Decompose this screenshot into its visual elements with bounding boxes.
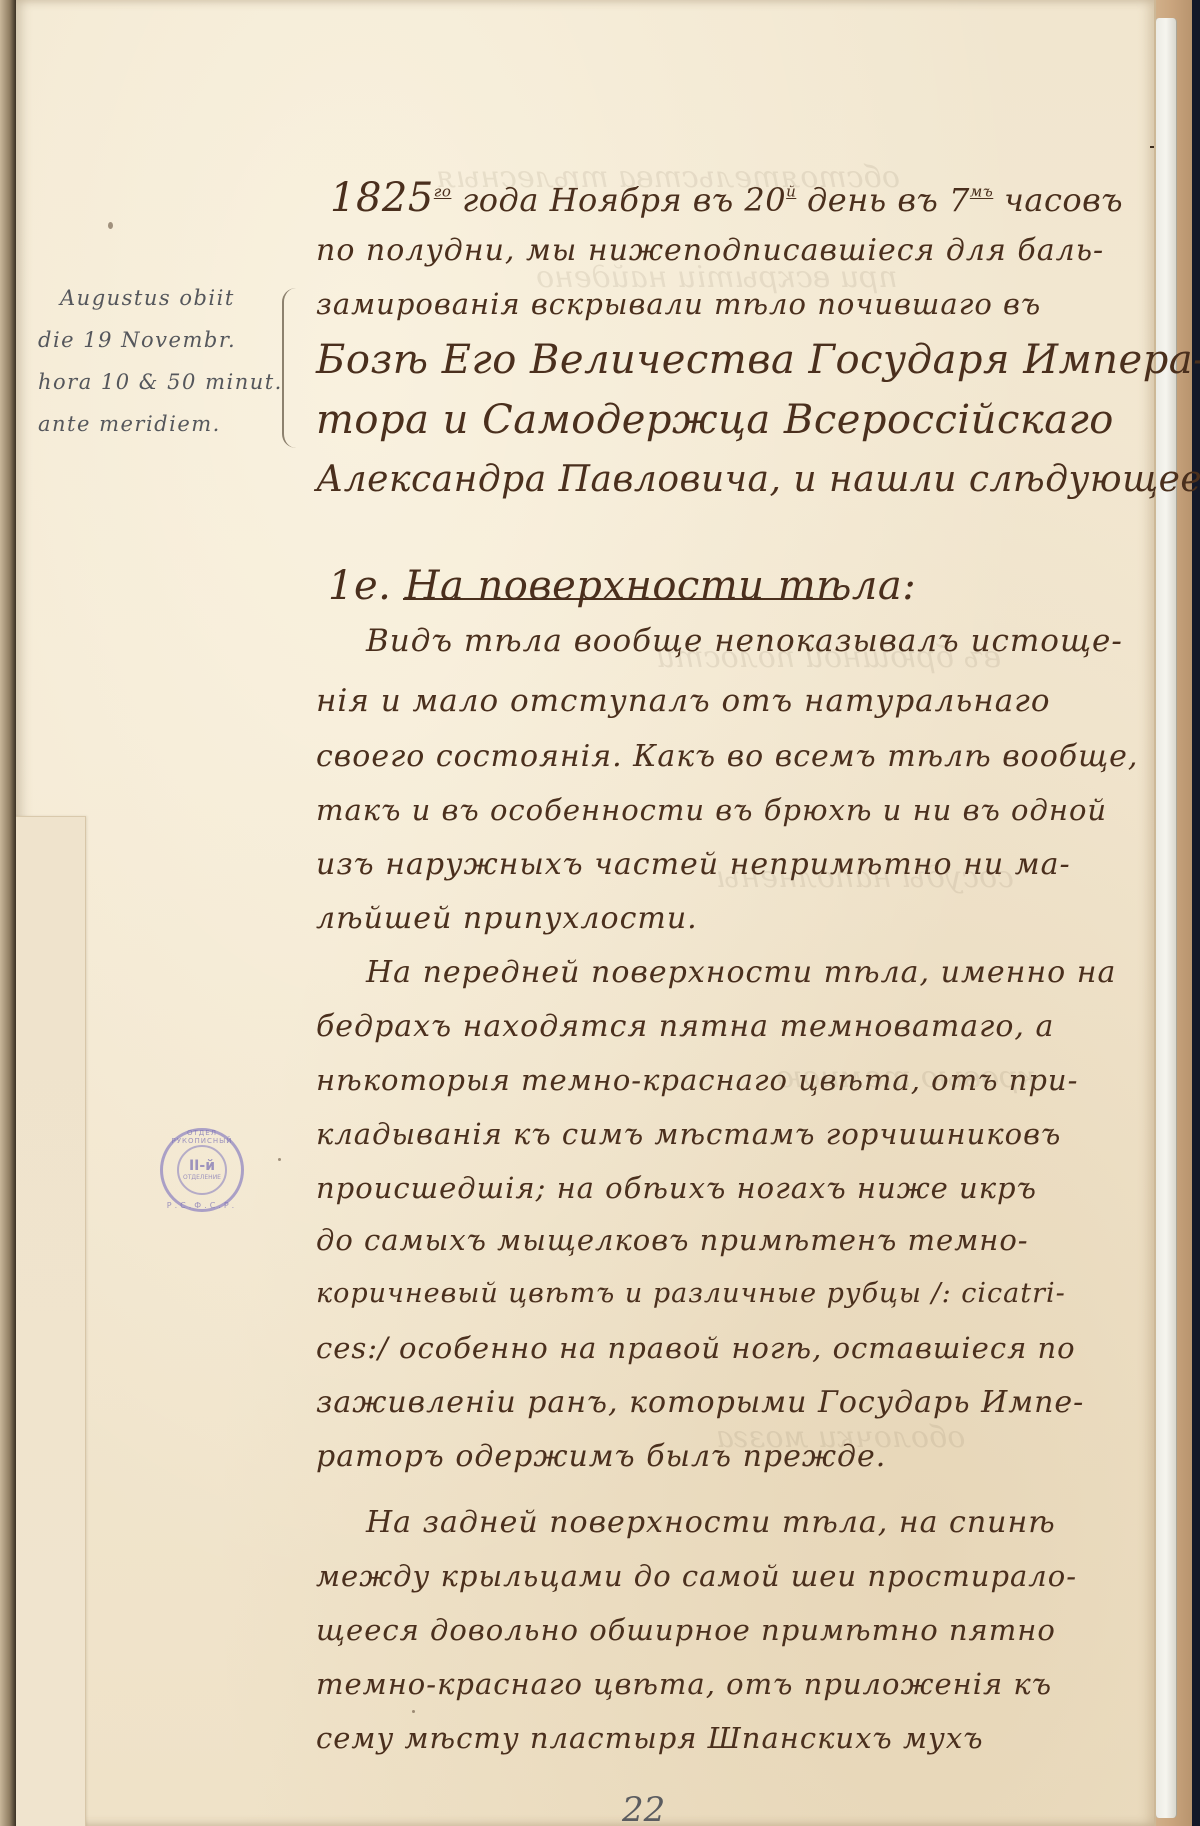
section-number: 1е. bbox=[328, 563, 391, 609]
paragraph-1-line: Видъ тѣла вообще непоказывалъ истоще- bbox=[366, 626, 1123, 657]
margin-brace bbox=[282, 288, 296, 448]
intro-line-2: по полудни, мы нижеподписавшiеся для бал… bbox=[316, 236, 1104, 266]
paragraph-3-line: сему мѣсту пластыря Шпанскихъ мухъ bbox=[316, 1724, 984, 1753]
heading-underline bbox=[403, 598, 843, 600]
hour-suffix: мъ bbox=[970, 183, 993, 201]
paragraph-1-line: изъ наружныхъ частей непримѣтно ни ма- bbox=[316, 850, 1071, 880]
archive-stamp: ОТДЕЛ РУКОПИСНЫЙ II-й ОТДЕЛЕНИЕ Р.С.Ф.С.… bbox=[160, 1128, 244, 1212]
intro-text: часовъ bbox=[993, 181, 1123, 219]
section-heading: 1е. На поверхности тѣла: bbox=[328, 566, 916, 606]
day-suffix: й bbox=[786, 183, 796, 201]
folio-number: 22 bbox=[622, 1790, 665, 1826]
paragraph-2-line: коричневый цвѣтъ и различные рубцы /: ci… bbox=[316, 1280, 1066, 1307]
intro-line-5: тора и Самодержца Всероссiйскаго bbox=[316, 400, 1114, 440]
paragraph-1-line: своего состоянiя. Какъ во всемъ тѣлѣ воо… bbox=[316, 742, 1138, 772]
paragraph-2-line: ces:/ особенно на правой ногѣ, оставшiес… bbox=[316, 1334, 1076, 1363]
paragraph-2-line: кладыванiя къ симъ мѣстамъ горчишниковъ bbox=[316, 1120, 1061, 1149]
stamp-bottom-text: Р.С.Ф.С.Р. bbox=[163, 1201, 241, 1210]
paragraph-3-line: между крыльцами до самой шеи простирало- bbox=[316, 1562, 1077, 1591]
intro-text: года Ноября въ 20 bbox=[451, 181, 786, 219]
paragraph-2-line: происшедшiя; на обѣихъ ногахъ ниже икръ bbox=[316, 1174, 1037, 1203]
ink-speck bbox=[278, 1158, 281, 1161]
document-scan: обстоятельства тѣлесныя при вскрытіи най… bbox=[0, 0, 1200, 1826]
paragraph-3-line: щееся довольно обширное примѣтно пятно bbox=[316, 1616, 1056, 1645]
stamp-center: II-й ОТДЕЛЕНИЕ bbox=[177, 1145, 227, 1195]
ink-speck bbox=[108, 222, 113, 229]
paragraph-1-line: лѣйшей припухлости. bbox=[316, 904, 698, 934]
paragraph-3-line: темно-краснаго цвѣта, отъ приложенiя къ bbox=[316, 1670, 1052, 1699]
paragraph-2-line: раторъ одержимъ былъ прежде. bbox=[316, 1442, 886, 1472]
binding-spine bbox=[0, 0, 16, 1826]
intro-line-1: 1825го года Ноября въ 20й день въ 7мъ ча… bbox=[330, 178, 1123, 218]
paragraph-2-line: до самыхъ мыщелковъ примѣтенъ темно- bbox=[316, 1226, 1029, 1255]
stamp-ring-text: ОТДЕЛ РУКОПИСНЫЙ bbox=[163, 1129, 241, 1145]
margin-note-line: hora 10 & 50 minut. bbox=[38, 372, 283, 393]
paragraph-2-line: заживленiи ранъ, которыми Государь Импе- bbox=[316, 1388, 1084, 1418]
paragraph-1-line: нiя и мало отступалъ отъ натуральнаго bbox=[316, 686, 1051, 717]
margin-note-line: ante meridiem. bbox=[38, 414, 221, 435]
paragraph-2-line: нѣкоторыя темно-краснаго цвѣта, отъ при- bbox=[316, 1066, 1078, 1095]
year: 1825 bbox=[330, 175, 434, 221]
section-title: На поверхности тѣла: bbox=[405, 563, 917, 609]
year-suffix: го bbox=[434, 183, 452, 201]
paragraph-2-line: На передней поверхности тѣла, именно на bbox=[366, 958, 1116, 988]
underlying-sheet-edge bbox=[1155, 18, 1177, 1818]
margin-note-line: die 19 Novembr. bbox=[38, 330, 236, 351]
intro-line-4: Бозѣ Его Величества Государя Импера- bbox=[316, 340, 1200, 380]
paper-repair-strip bbox=[14, 816, 86, 1826]
manuscript-page: обстоятельства тѣлесныя при вскрытіи най… bbox=[16, 0, 1156, 1826]
ink-speck bbox=[412, 1710, 415, 1713]
intro-line-6: Александра Павловича, и нашли слѣдующее: bbox=[316, 462, 1200, 498]
paragraph-1-line: такъ и въ особенности въ брюхѣ и ни въ о… bbox=[316, 796, 1107, 825]
paragraph-2-line: бедрахъ находятся пятна темноватаго, а bbox=[316, 1012, 1054, 1042]
stamp-number: II-й bbox=[189, 1159, 215, 1173]
stamp-subtext: ОТДЕЛЕНИЕ bbox=[183, 1175, 221, 1181]
margin-tick bbox=[1150, 146, 1154, 148]
intro-line-3: замированiя вскрывали тѣло почившаго въ bbox=[316, 290, 1041, 319]
paragraph-3-line: На задней поверхности тѣла, на спинѣ bbox=[366, 1508, 1056, 1538]
intro-text: день въ 7 bbox=[796, 181, 970, 219]
margin-note-line: Augustus obiit bbox=[60, 288, 235, 309]
